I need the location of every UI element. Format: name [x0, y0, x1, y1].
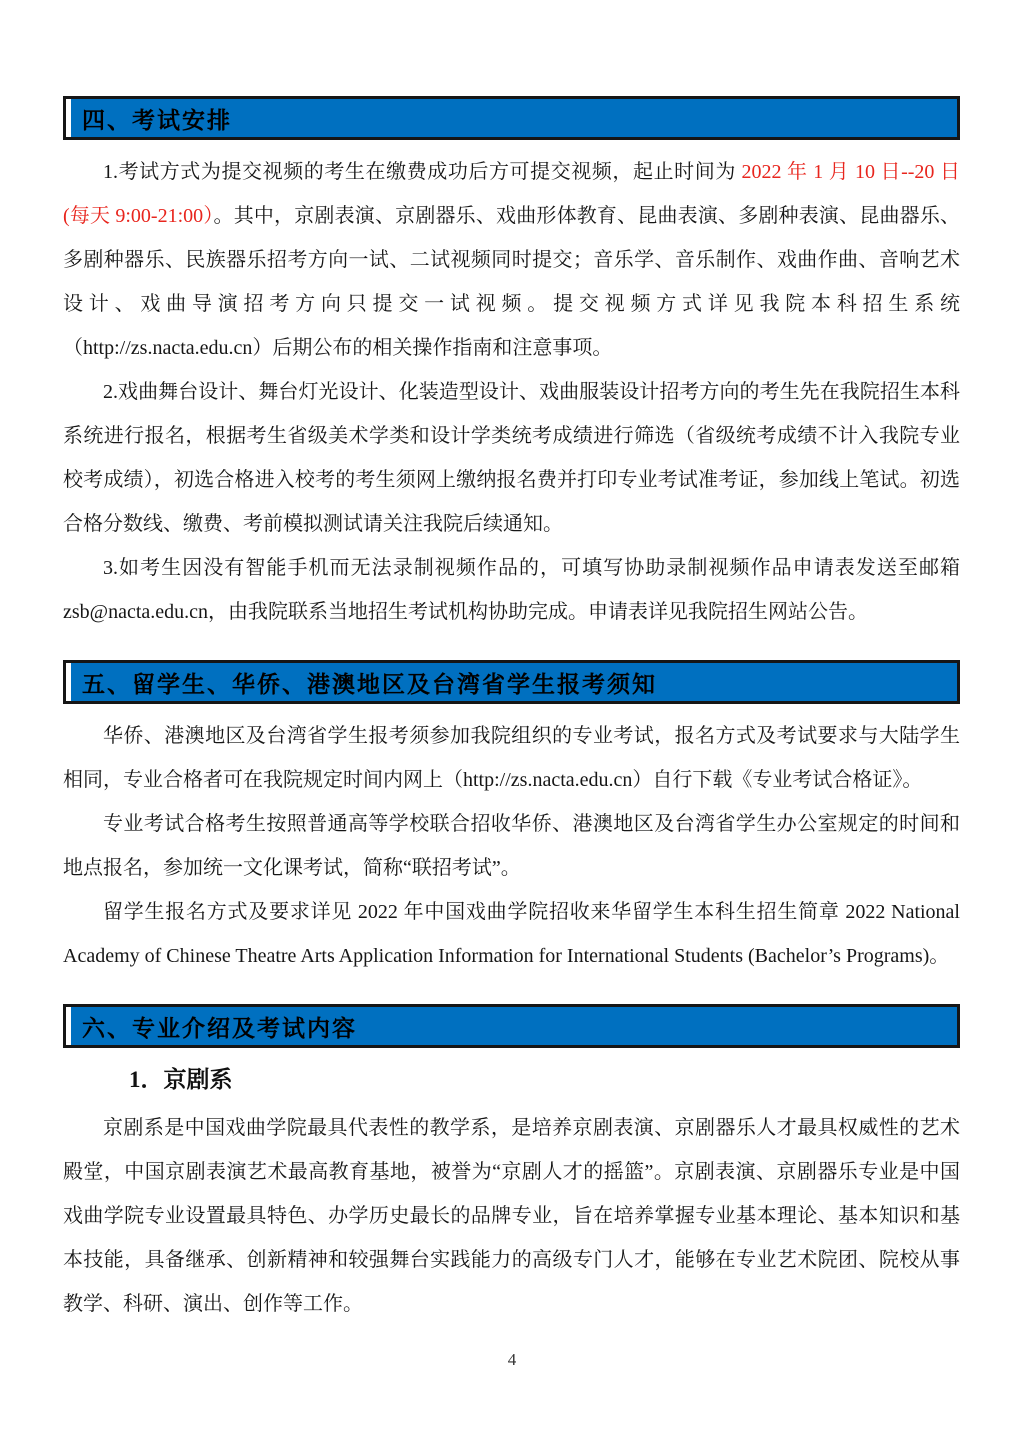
paragraph-jingju-intro: 京剧系是中国戏曲学院最具代表性的教学系，是培养京剧表演、京剧器乐人才最具权威性的…	[63, 1106, 960, 1326]
subheading-jingju-department: 1．京剧系	[129, 1064, 960, 1096]
section-heading-overseas-students: 五、留学生、华侨、港澳地区及台湾省学生报考须知	[63, 660, 960, 704]
page-number: 4	[0, 1350, 1024, 1370]
section-body-major-introduction: 京剧系是中国戏曲学院最具代表性的教学系，是培养京剧表演、京剧器乐人才最具权威性的…	[63, 1106, 960, 1326]
section-heading-major-introduction: 六、专业介绍及考试内容	[63, 1004, 960, 1048]
section-title: 五、留学生、华侨、港澳地区及台湾省学生报考须知	[82, 666, 657, 699]
paragraph-no-smartphone: 3.如考生因没有智能手机而无法录制视频作品的，可填写协助录制视频作品申请表发送至…	[63, 546, 960, 634]
paragraph-exam-method: 1.考试方式为提交视频的考生在缴费成功后方可提交视频，起止时间为 2022 年 …	[63, 150, 960, 370]
section-title: 四、考试安排	[82, 102, 232, 135]
section-body-overseas-students: 华侨、港澳地区及台湾省学生报考须参加我院组织的专业考试，报名方式及考试要求与大陆…	[63, 714, 960, 978]
section-heading-exam-arrangement: 四、考试安排	[63, 96, 960, 140]
paragraph-design-majors: 2.戏曲舞台设计、舞台灯光设计、化装造型设计、戏曲服装设计招考方向的考生先在我院…	[63, 370, 960, 546]
paragraph-joint-enrollment: 专业考试合格考生按照普通高等学校联合招收华侨、港澳地区及台湾省学生办公室规定的时…	[63, 802, 960, 890]
section-title: 六、专业介绍及考试内容	[82, 1010, 357, 1043]
document-page: 四、考试安排 1.考试方式为提交视频的考生在缴费成功后方可提交视频，起止时间为 …	[0, 0, 1024, 1448]
paragraph-overseas-exam: 华侨、港澳地区及台湾省学生报考须参加我院组织的专业考试，报名方式及考试要求与大陆…	[63, 714, 960, 802]
paragraph-international-students: 留学生报名方式及要求详见 2022 年中国戏曲学院招收来华留学生本科生招生简章 …	[63, 890, 960, 978]
section-body-exam-arrangement: 1.考试方式为提交视频的考生在缴费成功后方可提交视频，起止时间为 2022 年 …	[63, 150, 960, 634]
